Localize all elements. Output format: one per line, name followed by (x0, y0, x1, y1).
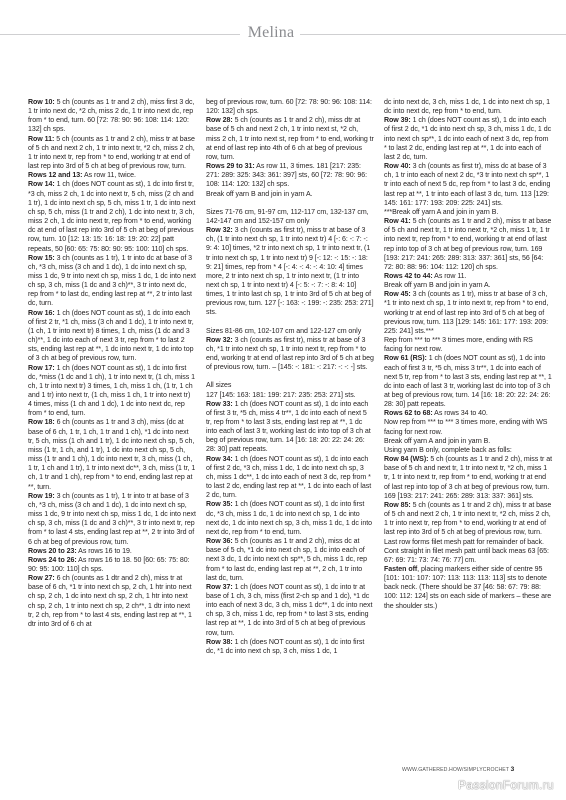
row-label: Row 33: (206, 401, 233, 408)
instruction-text: As rows 16 to 19. (77, 548, 132, 555)
row-label: Row 41: (384, 218, 411, 225)
instruction-text: dc into next dc, 3 ch, miss 1 dc, 1 dc i… (384, 99, 550, 115)
row-label: Rows 24 to 26: (28, 557, 77, 564)
instruction-paragraph: Sizes 71-76 cm, 91-97 cm, 112-117 cm, 13… (206, 208, 374, 226)
row-label: Row 28: (206, 117, 233, 124)
instruction-text: 3 ch (counts as first tr), miss tr at ba… (206, 227, 374, 316)
column-2: beg of previous row, turn. 60 [72: 78: 9… (206, 98, 374, 656)
instruction-text: Using yarn B only, complete back as foll… (384, 447, 512, 454)
section-gap (206, 372, 374, 381)
instruction-text: 1 ch (does NOT count as st), 1 dc into t… (206, 584, 372, 637)
page-number: 3 (511, 766, 515, 773)
column-1: Row 10: 5 ch (counts as 1 tr and 2 ch), … (28, 98, 196, 629)
instruction-paragraph: Row 18: 6 ch (counts as 1 tr and 3 ch), … (28, 418, 196, 491)
instruction-paragraph: Row 39: 1 ch (does NOT count as st), 1 d… (384, 116, 552, 162)
instruction-paragraph: ***Break off yarn A and join in yarn B. (384, 208, 552, 217)
instruction-paragraph: Break off yarn B and join in yarn A. (384, 281, 552, 290)
row-label: Rows 29 to 31: (206, 163, 255, 170)
section-gap (206, 199, 374, 208)
instruction-paragraph: All sizes (206, 381, 374, 390)
row-label: Row 35: (206, 501, 233, 508)
instruction-text: Rep from *** to *** 3 times more, ending… (384, 337, 533, 353)
instruction-paragraph: Last row forms filet mesh patt for remai… (384, 538, 552, 547)
instruction-text: Break off yarn B and join in yarn A. (384, 282, 491, 289)
instruction-paragraph: Row 17: 1 ch (does NOT count as st), 1 d… (28, 364, 196, 419)
instruction-paragraph: Now rep from *** to *** 3 times more, en… (384, 418, 552, 436)
row-label: Row 17: (28, 365, 55, 372)
row-label: Fasten off (384, 566, 417, 573)
row-label: Row 32: (206, 337, 233, 344)
instruction-paragraph: Row 35: 1 ch (does NOT count as st), 1 d… (206, 500, 374, 537)
instruction-paragraph: Row 14: 1 ch (does NOT count as st), 1 d… (28, 180, 196, 253)
row-label: Row 40: (384, 163, 411, 170)
instruction-paragraph: beg of previous row, turn. 60 [72: 78: 9… (206, 98, 374, 116)
row-label: Row 45: (384, 291, 411, 298)
row-label: Row 39: (384, 117, 411, 124)
instruction-text: Last row forms filet mesh patt for remai… (384, 539, 544, 546)
instruction-text: 1 ch (does NOT count as st), 1 dc into e… (28, 310, 194, 363)
watermark: PassionForum.ru (458, 778, 554, 792)
instruction-text: As row 11, twice. (82, 172, 135, 179)
row-label: Rows 20 to 23: (28, 548, 77, 555)
row-label: Row 19: (28, 493, 55, 500)
section-gap (206, 318, 374, 327)
instruction-text: Sizes 71-76 cm, 91-97 cm, 112-117 cm, 13… (206, 209, 369, 225)
instruction-text: As row 11. (433, 273, 467, 280)
instruction-text: 1 ch (does NOT count as st), 1 dc into f… (28, 365, 195, 418)
row-label: Rows 62 to 68: (384, 410, 433, 417)
instruction-paragraph: Rows 29 to 31: As row 11, 3 times. 181 [… (206, 162, 374, 189)
row-label: Row 61 (RS): (384, 355, 427, 362)
instruction-paragraph: Row 45: 3 ch (counts as 1 tr), miss tr a… (384, 290, 552, 336)
instruction-text: All sizes (206, 382, 231, 389)
instruction-paragraph: Row 27: 6 ch (counts as 1 dtr and 2 ch),… (28, 574, 196, 629)
instruction-paragraph: Row 37: 1 ch (does NOT count as st), 1 d… (206, 583, 374, 638)
row-label: Row 15: (28, 255, 55, 262)
instruction-text: 5 ch (counts as 1 tr and 2 ch), miss tr … (28, 136, 195, 170)
pattern-instructions: Row 10: 5 ch (counts as 1 tr and 2 ch), … (28, 98, 548, 748)
instruction-text: 3 ch (counts as 1 tr), 1 tr into dc at b… (28, 255, 196, 308)
row-label: Row 18: (28, 419, 55, 426)
instruction-text: 1 ch (does NOT count as st), 1 dc into f… (28, 181, 195, 252)
instruction-paragraph: Row 11: 5 ch (counts as 1 tr and 2 ch), … (28, 135, 196, 172)
header-rule-right (300, 34, 566, 35)
instruction-paragraph: Row 19: 3 ch (counts as 1 tr), 1 tr into… (28, 492, 196, 547)
row-label: Row 10: (28, 99, 55, 106)
instruction-paragraph: Sizes 81-86 cm, 102-107 cm and 122-127 c… (206, 327, 374, 336)
instruction-text: 6 ch (counts as 1 dtr and 2 ch), miss tr… (28, 575, 192, 628)
row-label: Row 14: (28, 181, 55, 188)
instruction-paragraph: Row 85: 5 ch (counts as 1 tr and 2 ch), … (384, 501, 552, 538)
instruction-paragraph: Rows 42 to 44: As row 11. (384, 272, 552, 281)
instruction-paragraph: Row 38: 1 ch (does NOT count as st), 1 d… (206, 638, 374, 656)
instruction-text: Now rep from *** to *** 3 times more, en… (384, 419, 547, 435)
instruction-paragraph: Rows 20 to 23: As rows 16 to 19. (28, 547, 196, 556)
instruction-text: Break off yarn A and join in yarn B. (384, 438, 490, 445)
instruction-text: beg of previous row, turn. 60 [72: 78: 9… (206, 99, 372, 115)
instruction-paragraph: Rows 12 and 13: As row 11, twice. (28, 171, 196, 180)
instruction-paragraph: Rows 24 to 26: As rows 16 to 18. 50 [60:… (28, 556, 196, 574)
instruction-text: Break off yarn B and join in yarn A. (206, 191, 313, 198)
instruction-paragraph: Row 28: 5 ch (counts as 1 tr and 2 ch), … (206, 116, 374, 162)
instruction-paragraph: 127 [145: 163: 181: 199: 217: 235: 253: … (206, 391, 374, 400)
instruction-text: 3 ch (counts as 1 tr), 1 tr into tr at b… (28, 493, 196, 546)
row-label: Row 11: (28, 136, 54, 143)
instruction-paragraph: Row 61 (RS): 1 ch (does NOT count as st)… (384, 354, 552, 409)
instruction-text: 1 ch (does NOT count as st), 1 dc into e… (206, 401, 371, 454)
instruction-paragraph: Using yarn B only, complete back as foll… (384, 446, 552, 455)
row-label: Row 36: (206, 538, 233, 545)
page-header: Melina (0, 0, 566, 50)
instruction-paragraph: Row 32: 3 ch (counts as first tr), miss … (206, 336, 374, 373)
instruction-paragraph: Row 84 (WS): 5 ch (counts as 1 tr and 2 … (384, 455, 552, 501)
instruction-text: 1 ch (does NOT count as st), 1 dc into e… (384, 355, 552, 408)
instruction-paragraph: dc into next dc, 3 ch, miss 1 dc, 1 dc i… (384, 98, 552, 116)
instruction-text: As rows 34 to 40. (433, 410, 488, 417)
row-label: Row 38: (206, 639, 233, 646)
instruction-paragraph: Row 36: 5 ch (counts as 1 tr and 2 ch), … (206, 537, 374, 583)
row-label: Row 84 (WS): (384, 456, 428, 463)
pattern-title: Melina (245, 24, 297, 42)
instruction-paragraph: Row 16: 1 ch (does NOT count as st), 1 d… (28, 309, 196, 364)
row-label: Rows 42 to 44: (384, 273, 433, 280)
instruction-paragraph: Break off yarn A and join in yarn B. (384, 437, 552, 446)
instruction-paragraph: Row 34: 1 ch (does NOT count as st), 1 d… (206, 455, 374, 501)
row-label: Row 27: (28, 575, 55, 582)
instruction-text: ***Break off yarn A and join in yarn B. (384, 209, 498, 216)
instruction-paragraph: Rep from *** to *** 3 times more, ending… (384, 336, 552, 354)
instruction-text: 6 ch (counts as 1 tr and 3 ch), miss (dc… (28, 419, 195, 490)
instruction-paragraph: Rows 62 to 68: As rows 34 to 40. (384, 409, 552, 418)
column-3: dc into next dc, 3 ch, miss 1 dc, 1 dc i… (384, 98, 552, 611)
instruction-paragraph: Row 15: 3 ch (counts as 1 tr), 1 tr into… (28, 254, 196, 309)
instruction-text: 5 ch (counts as 1 tr and 2 ch), miss tr … (384, 218, 551, 271)
footer-url: WWW.GATHERED.HOW/SIMPLYCROCHET (402, 767, 509, 773)
row-label: Row 32: (206, 227, 233, 234)
header-rule-left (0, 34, 240, 35)
instruction-text: 127 [145: 163: 181: 199: 217: 235: 253: … (206, 392, 356, 399)
instruction-text: Cont straight in filet mesh patt until b… (384, 548, 549, 564)
row-label: Row 34: (206, 456, 233, 463)
instruction-paragraph: Cont straight in filet mesh patt until b… (384, 547, 552, 565)
page-footer: WWW.GATHERED.HOW/SIMPLYCROCHET 3 (402, 766, 514, 773)
row-label: Row 37: (206, 584, 233, 591)
instruction-paragraph: Row 32: 3 ch (counts as first tr), miss … (206, 226, 374, 318)
instruction-paragraph: Fasten off, placing markers either side … (384, 565, 552, 611)
instruction-paragraph: Break off yarn B and join in yarn A. (206, 190, 374, 199)
row-label: Row 16: (28, 310, 55, 317)
instruction-text: Sizes 81-86 cm, 102-107 cm and 122-127 c… (206, 328, 361, 335)
instruction-paragraph: Row 41: 5 ch (counts as 1 tr and 2 ch), … (384, 217, 552, 272)
instruction-paragraph: Row 33: 1 ch (does NOT count as st), 1 d… (206, 400, 374, 455)
instruction-paragraph: Row 40: 3 ch (counts as first tr), miss … (384, 162, 552, 208)
instruction-paragraph: Row 10: 5 ch (counts as 1 tr and 2 ch), … (28, 98, 196, 135)
row-label: Row 85: (384, 502, 411, 509)
row-label: Rows 12 and 13: (28, 172, 82, 179)
